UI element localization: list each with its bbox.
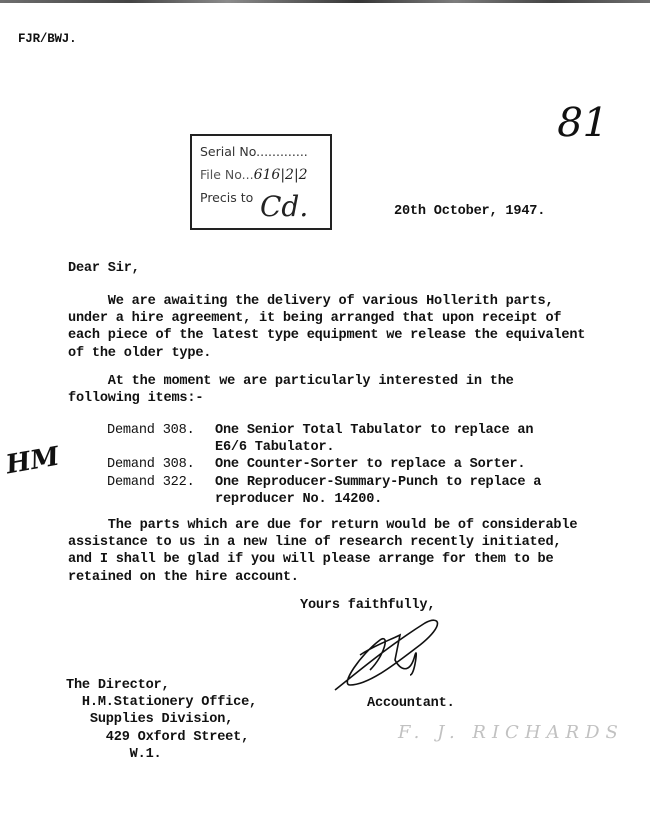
paragraph-line: and I shall be glad if you will please a… <box>68 552 553 567</box>
file-number-field: File No...616|2|2 <box>200 167 308 183</box>
demand-description: E6/6 Tabulator. <box>215 440 334 455</box>
paragraph-line: assistance to us in a new line of resear… <box>68 535 561 550</box>
paragraph-line: of the older type. <box>68 346 211 361</box>
file-number-value: 616|2|2 <box>254 167 308 183</box>
file-number-label: File No... <box>200 167 254 182</box>
margin-initials: HM <box>4 442 62 481</box>
paragraph-line: retained on the hire account. <box>68 570 299 585</box>
demand-description: One Senior Total Tabulator to replace an <box>215 423 533 438</box>
addressee-line: 429 Oxford Street, <box>66 730 249 745</box>
serial-number-label: Serial No............. <box>200 144 308 159</box>
folio-number: 81 <box>552 100 613 146</box>
precis-label: Precis to <box>200 190 253 205</box>
letter-date: 20th October, 1947. <box>394 204 545 219</box>
demand-description: One Reproducer-Summary-Punch to replace … <box>215 475 541 490</box>
demand-number: Demand 308. <box>107 457 195 472</box>
addressee-line: Supplies Division, <box>66 712 233 727</box>
addressee-line: H.M.Stationery Office, <box>66 695 257 710</box>
salutation: Dear Sir, <box>68 261 140 276</box>
reference-code: FJR/BWJ. <box>18 32 76 46</box>
paragraph-line: The parts which are due for return would… <box>68 518 577 533</box>
precis-value: Cd. <box>260 190 308 223</box>
scan-top-edge <box>0 0 650 3</box>
registry-stamp: Serial No............. File No...616|2|2… <box>190 134 332 230</box>
letter-page: FJR/BWJ. 81 Serial No............. File … <box>0 0 650 819</box>
paragraph-line: following items:- <box>68 391 203 406</box>
paragraph-line: under a hire agreement, it being arrange… <box>68 311 561 326</box>
closing: Yours faithfully, <box>300 598 435 613</box>
paragraph-line: At the moment we are particularly intere… <box>68 374 514 389</box>
signature <box>330 615 460 695</box>
paragraph-line: each piece of the latest type equipment … <box>68 328 585 343</box>
demand-description: reproducer No. 14200. <box>215 492 382 507</box>
signatory-title: Accountant. <box>367 696 455 711</box>
demand-number: Demand 322. <box>107 475 195 490</box>
demand-number: Demand 308. <box>107 423 195 438</box>
addressee-line: The Director, <box>66 678 169 693</box>
paragraph-line: We are awaiting the delivery of various … <box>68 294 553 309</box>
addressee-line: W.1. <box>66 747 162 762</box>
signatory-name-faint: F. J. RICHARDS <box>398 722 624 743</box>
demand-description: One Counter-Sorter to replace a Sorter. <box>215 457 525 472</box>
